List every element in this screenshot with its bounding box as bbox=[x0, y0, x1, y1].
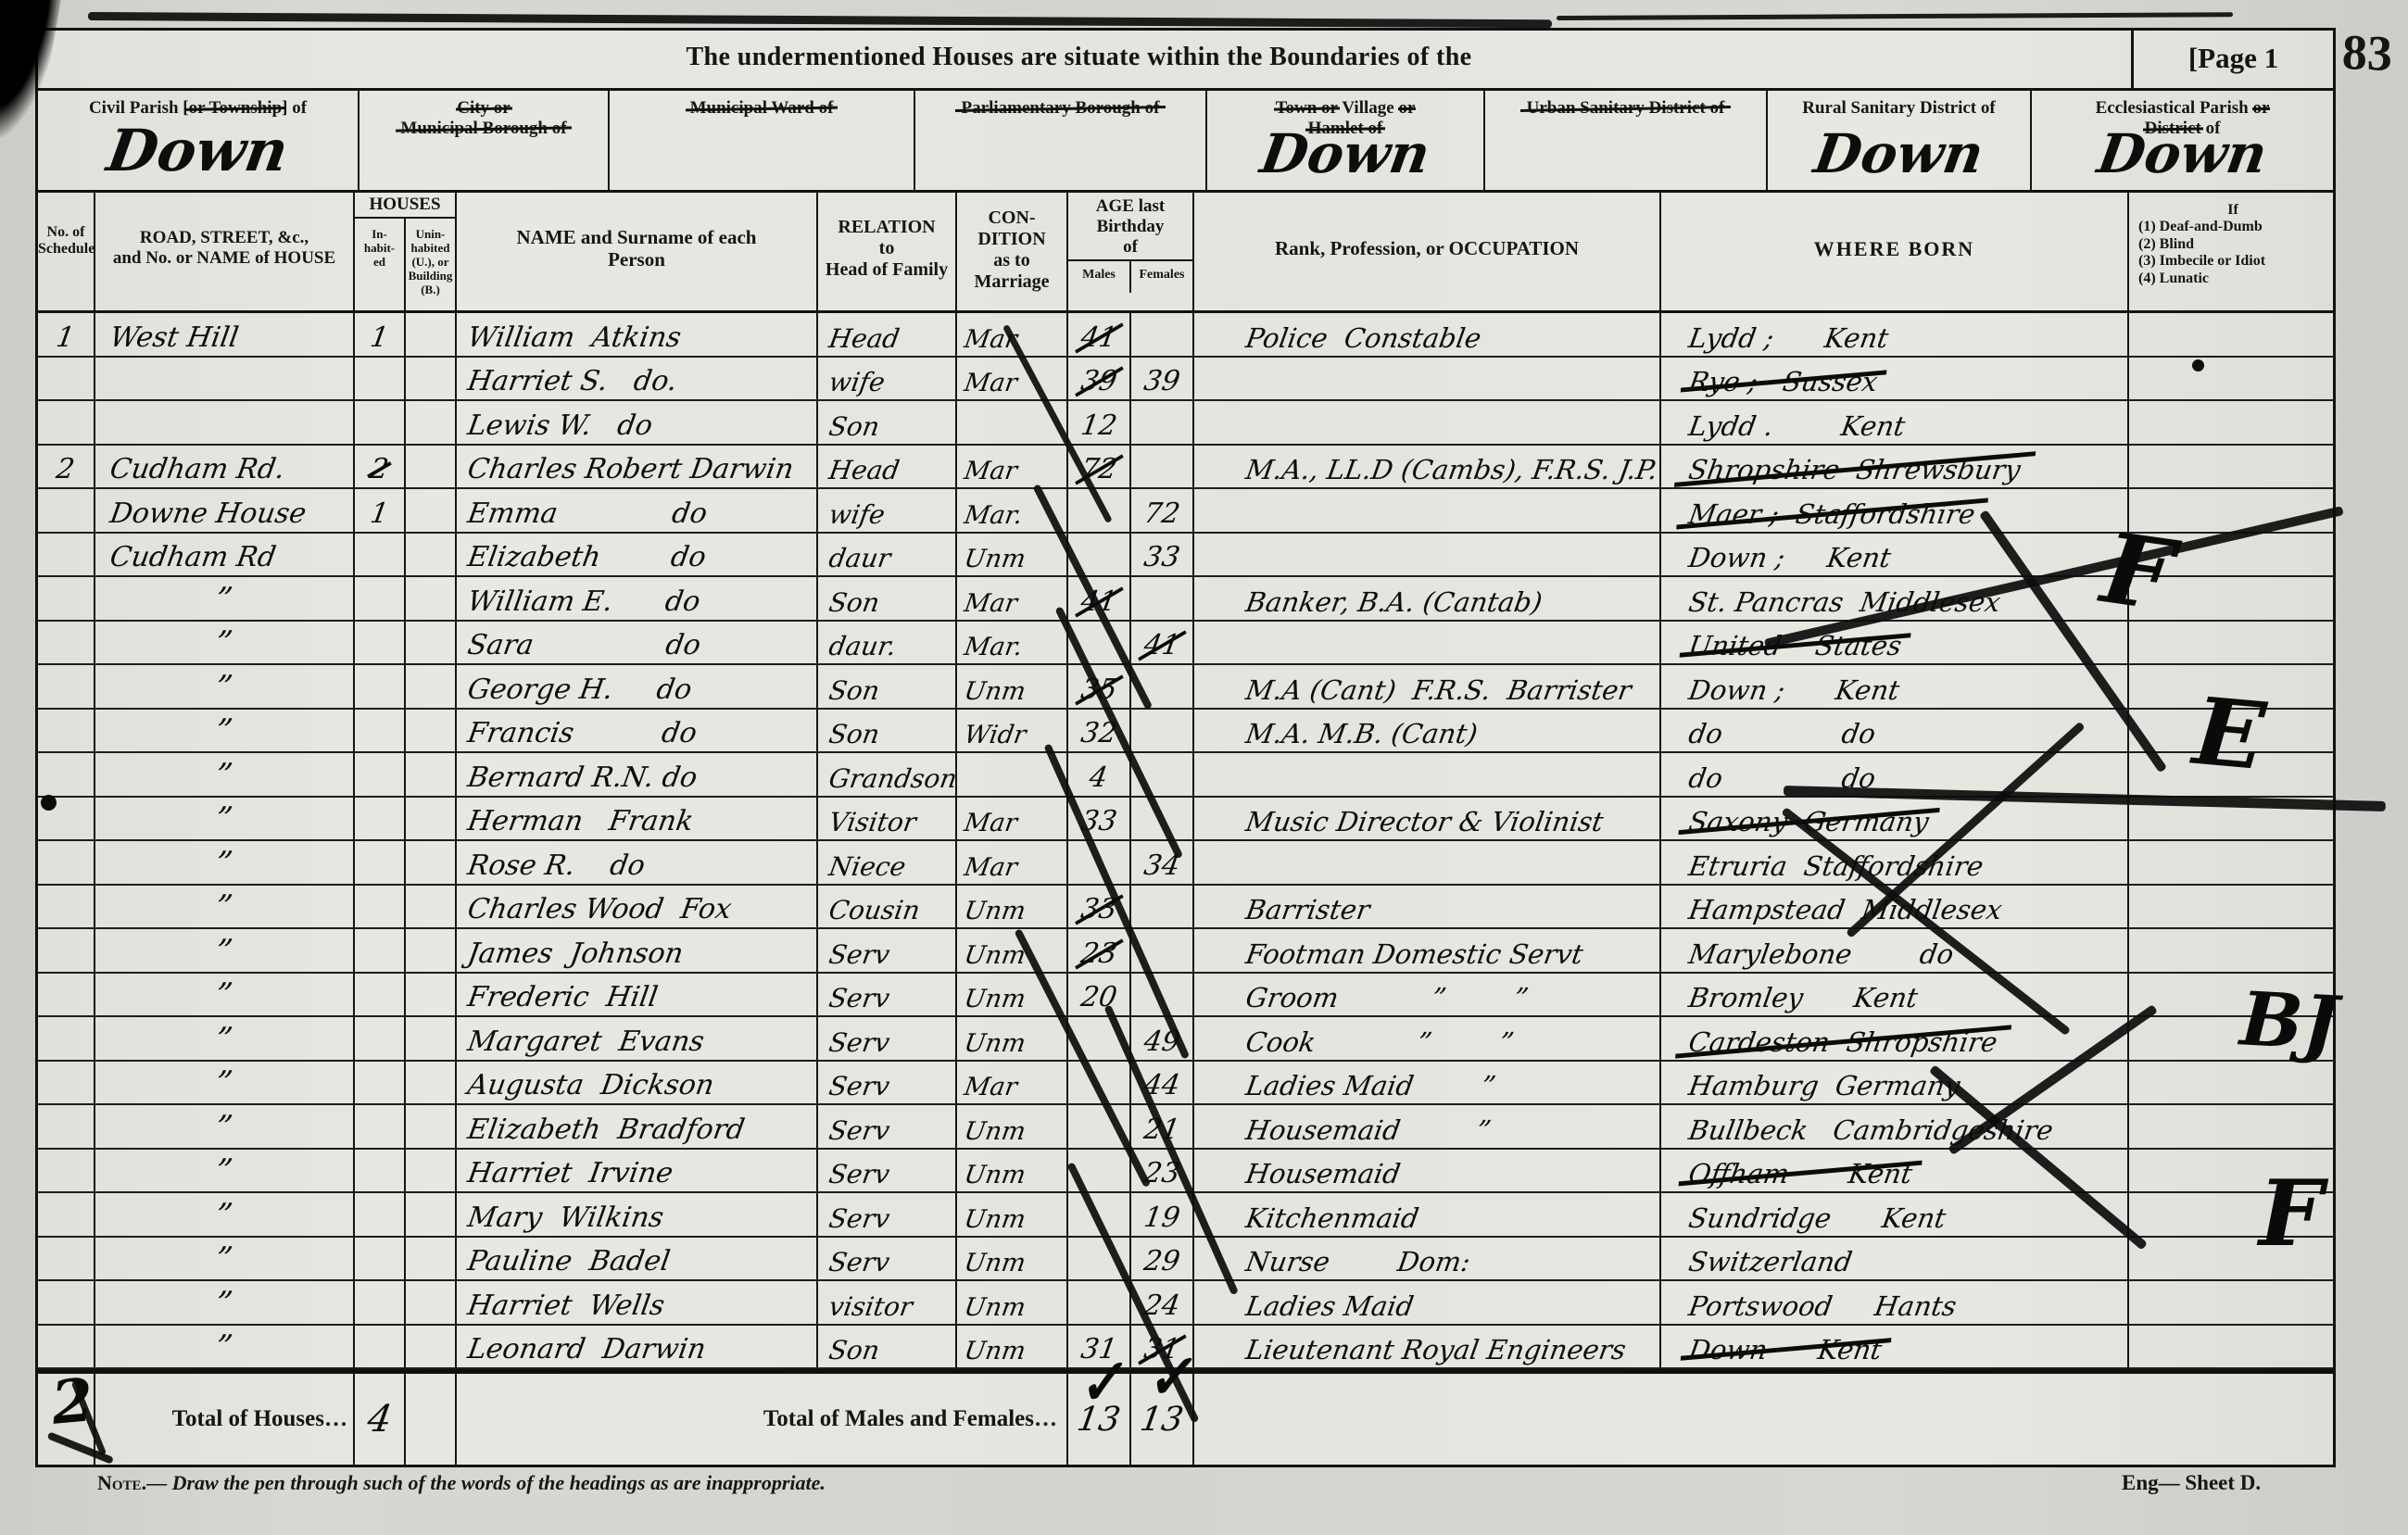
cell-person-name: Francis do bbox=[457, 710, 818, 752]
cell-relation: Serv bbox=[818, 929, 957, 972]
cell-uninhabited bbox=[406, 1105, 457, 1148]
cell-condition bbox=[957, 401, 1068, 444]
census-row: 2 Cudham Rd. 2 Charles Robert Darwin Hea… bbox=[38, 446, 2333, 490]
cell-age-female bbox=[1131, 974, 1194, 1016]
cell-age-male bbox=[1068, 1281, 1131, 1324]
cell-condition: Mar bbox=[957, 1062, 1068, 1104]
cell-inhabited bbox=[355, 1281, 406, 1324]
cell-schedule-number bbox=[38, 665, 95, 708]
cell-condition: Unm bbox=[957, 534, 1068, 576]
col-header-houses: HOUSES In-habit-ed Unin-habited(U.), orB… bbox=[355, 193, 457, 310]
cell-age-male: 39 bbox=[1068, 358, 1131, 400]
cell-where-born: Shropshire Shrewsbury bbox=[1661, 446, 2129, 488]
district-parliamentary-borough-label: Parliamentary Borough of bbox=[915, 98, 1205, 119]
census-row: ” Francis do Son Widr 32 M.A. M.B. (Cant… bbox=[38, 710, 2333, 754]
cell-age-female bbox=[1131, 798, 1194, 840]
cell-occupation: Groom ” ” bbox=[1194, 974, 1661, 1016]
cell-uninhabited bbox=[406, 841, 457, 884]
cell-uninhabited bbox=[406, 358, 457, 400]
cell-where-born: Maer ; Staffordshire bbox=[1661, 489, 2129, 532]
cell-age-male: 33 bbox=[1068, 886, 1131, 928]
cell-age-female: 49 bbox=[1131, 1017, 1194, 1060]
cell-where-born: Down ; Kent bbox=[1661, 665, 2129, 708]
col-header-name: NAME and Surname of eachPerson bbox=[457, 193, 818, 310]
cell-age-female bbox=[1131, 577, 1194, 620]
cell-road-street: ” bbox=[95, 1017, 355, 1060]
cell-road-street bbox=[95, 401, 355, 444]
cell-age-female: 29 bbox=[1131, 1238, 1194, 1280]
cell-occupation: Banker, B.A. (Cantab) bbox=[1194, 577, 1661, 620]
col-header-disability: If(1) Deaf-and-Dumb(2) Blind(3) Imbecile… bbox=[2129, 193, 2333, 310]
census-row: ” Leonard Darwin Son Unm 31 31 Lieutenan… bbox=[38, 1326, 2333, 1370]
cell-road-street: ” bbox=[95, 1193, 355, 1236]
cell-person-name: Elizabeth Bradford bbox=[457, 1105, 818, 1148]
cell-condition: Unm bbox=[957, 665, 1068, 708]
cell-person-name: Harriet Wells bbox=[457, 1281, 818, 1324]
cell-disability bbox=[2129, 1017, 2333, 1060]
cell-age-female: 72 bbox=[1131, 489, 1194, 532]
page-number-label: [Page 1 bbox=[2131, 31, 2333, 88]
cell-inhabited bbox=[355, 534, 406, 576]
cell-person-name: Mary Wilkins bbox=[457, 1193, 818, 1236]
cell-where-born: Hamburg Germany bbox=[1661, 1062, 2129, 1104]
cell-where-born: Lydd ; Kent bbox=[1661, 313, 2129, 356]
cell-condition: Unm bbox=[957, 929, 1068, 972]
cell-age-female bbox=[1131, 929, 1194, 972]
cell-age-male: 41 bbox=[1068, 313, 1131, 356]
cell-where-born: Marylebone do bbox=[1661, 929, 2129, 972]
cell-road-street: ” bbox=[95, 1281, 355, 1324]
cell-road-street bbox=[95, 358, 355, 400]
cell-disability bbox=[2129, 446, 2333, 488]
cell-road-street: ” bbox=[95, 1326, 355, 1368]
sheet-label: Eng— Sheet D. bbox=[2122, 1471, 2261, 1495]
cell-uninhabited bbox=[406, 1150, 457, 1192]
census-row: ” Mary Wilkins Serv Unm 19 Kitchenmaid S… bbox=[38, 1193, 2333, 1238]
cell-uninhabited bbox=[406, 1193, 457, 1236]
cell-inhabited bbox=[355, 358, 406, 400]
cell-road-street: ” bbox=[95, 886, 355, 928]
district-municipal-ward: Municipal Ward of bbox=[610, 91, 915, 190]
cell-disability bbox=[2129, 1062, 2333, 1104]
census-row: ” Margaret Evans Serv Unm 49 Cook ” ” Ca… bbox=[38, 1017, 2333, 1062]
cell-road-street: ” bbox=[95, 577, 355, 620]
cell-condition: Mar bbox=[957, 313, 1068, 356]
cell-relation: Son bbox=[818, 1326, 957, 1368]
cell-occupation: Barrister bbox=[1194, 886, 1661, 928]
cell-relation: Head bbox=[818, 313, 957, 356]
cell-person-name: Bernard R.N. do bbox=[457, 753, 818, 796]
cell-condition: Mar bbox=[957, 358, 1068, 400]
cell-schedule-number bbox=[38, 622, 95, 664]
cell-relation: Head bbox=[818, 446, 957, 488]
cell-disability bbox=[2129, 665, 2333, 708]
footer-note-text: Draw the pen through such of the words o… bbox=[172, 1471, 826, 1494]
census-row: ” William E. do Son Mar 41 Banker, B.A. … bbox=[38, 577, 2333, 622]
cell-disability bbox=[2129, 1150, 2333, 1192]
cell-where-born: Down Kent bbox=[1661, 1326, 2129, 1368]
cell-age-male bbox=[1068, 489, 1131, 532]
cell-relation: Serv bbox=[818, 1062, 957, 1104]
cell-age-female: 44 bbox=[1131, 1062, 1194, 1104]
cell-inhabited: 2 bbox=[355, 446, 406, 488]
census-row: Harriet S. do. wife Mar 39 39 Rye ; Suss… bbox=[38, 358, 2333, 402]
cell-uninhabited bbox=[406, 798, 457, 840]
cell-inhabited bbox=[355, 974, 406, 1016]
cell-occupation bbox=[1194, 841, 1661, 884]
cell-person-name: Charles Wood Fox bbox=[457, 886, 818, 928]
district-civil-parish: Civil Parish [or Township] of Down bbox=[38, 91, 359, 190]
cell-schedule-number bbox=[38, 1326, 95, 1368]
cell-age-male: 23 bbox=[1068, 929, 1131, 972]
cell-relation: Son bbox=[818, 401, 957, 444]
cell-uninhabited bbox=[406, 974, 457, 1016]
cell-age-female: 39 bbox=[1131, 358, 1194, 400]
cell-age-female bbox=[1131, 313, 1194, 356]
cell-where-born: Sundridge Kent bbox=[1661, 1193, 2129, 1236]
cell-uninhabited bbox=[406, 1062, 457, 1104]
cell-schedule-number bbox=[38, 753, 95, 796]
cell-disability bbox=[2129, 798, 2333, 840]
cell-inhabited bbox=[355, 1105, 406, 1148]
district-header-row: Civil Parish [or Township] of Down City … bbox=[38, 91, 2333, 193]
cell-uninhabited bbox=[406, 401, 457, 444]
cell-age-male: 72 bbox=[1068, 446, 1131, 488]
cell-road-street: ” bbox=[95, 665, 355, 708]
col-header-males: Males bbox=[1068, 261, 1131, 293]
cell-age-female: 21 bbox=[1131, 1105, 1194, 1148]
cell-uninhabited bbox=[406, 313, 457, 356]
cell-relation: Serv bbox=[818, 1105, 957, 1148]
census-row: ” Frederic Hill Serv Unm 20 Groom ” ” Br… bbox=[38, 974, 2333, 1018]
cell-schedule-number bbox=[38, 1062, 95, 1104]
cell-disability bbox=[2129, 1105, 2333, 1148]
cell-disability bbox=[2129, 358, 2333, 400]
cell-schedule-number bbox=[38, 1150, 95, 1192]
cell-uninhabited bbox=[406, 622, 457, 664]
census-row: ” Herman Frank Visitor Mar 33 Music Dire… bbox=[38, 798, 2333, 842]
cell-age-male: 12 bbox=[1068, 401, 1131, 444]
cell-age-female bbox=[1131, 665, 1194, 708]
district-parliamentary-borough: Parliamentary Borough of bbox=[915, 91, 1207, 190]
cell-condition: Unm bbox=[957, 1105, 1068, 1148]
col-header-inhabited: In-habit-ed bbox=[355, 219, 406, 310]
cell-occupation: Cook ” ” bbox=[1194, 1017, 1661, 1060]
cell-road-street: ” bbox=[95, 710, 355, 752]
cell-road-street: Downe House bbox=[95, 489, 355, 532]
district-civil-parish-value: Down bbox=[32, 117, 363, 184]
cell-road-street: West Hill bbox=[95, 313, 355, 356]
district-ecclesiastical-parish-value: Down bbox=[2027, 122, 2339, 185]
cell-relation: Son bbox=[818, 665, 957, 708]
cell-where-born: Portswood Hants bbox=[1661, 1281, 2129, 1324]
cell-uninhabited bbox=[406, 446, 457, 488]
cell-condition: Unm bbox=[957, 974, 1068, 1016]
census-row: 1 West Hill 1 William Atkins Head Mar 41… bbox=[38, 313, 2333, 358]
form-title-band: The undermentioned Houses are situate wi… bbox=[38, 31, 2333, 91]
cell-road-street: ” bbox=[95, 1105, 355, 1148]
cell-schedule-number bbox=[38, 577, 95, 620]
cell-relation: daur bbox=[818, 534, 957, 576]
cell-inhabited bbox=[355, 1193, 406, 1236]
census-row: Lewis W. do Son 12 Lydd . Kent bbox=[38, 401, 2333, 446]
cell-schedule-number bbox=[38, 401, 95, 444]
cell-relation: Niece bbox=[818, 841, 957, 884]
census-row: ” Rose R. do Niece Mar 34 Etruria Staffo… bbox=[38, 841, 2333, 886]
cell-inhabited: 1 bbox=[355, 489, 406, 532]
cell-road-street: ” bbox=[95, 1238, 355, 1280]
cell-relation: Son bbox=[818, 710, 957, 752]
census-row: Downe House 1 Emma do wife Mar. 72 Maer … bbox=[38, 489, 2333, 534]
cell-where-born: do do bbox=[1661, 710, 2129, 752]
form-title: The undermentioned Houses are situate wi… bbox=[38, 31, 2120, 88]
totals-row: Total of Houses… 4 Total of Males and Fe… bbox=[38, 1369, 2333, 1465]
cell-relation: daur. bbox=[818, 622, 957, 664]
district-rural-sanitary: Rural Sanitary District of Down bbox=[1768, 91, 2032, 190]
cell-where-born: do do bbox=[1661, 753, 2129, 796]
census-row: ” Elizabeth Bradford Serv Unm 21 Housema… bbox=[38, 1105, 2333, 1150]
cell-condition bbox=[957, 753, 1068, 796]
cell-age-female: 41 bbox=[1131, 622, 1194, 664]
cell-condition: Mar. bbox=[957, 489, 1068, 532]
cell-person-name: William E. do bbox=[457, 577, 818, 620]
cell-where-born: Offham Kent bbox=[1661, 1150, 2129, 1192]
cell-age-female: 23 bbox=[1131, 1150, 1194, 1192]
col-header-houses-label: HOUSES bbox=[355, 193, 455, 219]
cell-relation: Cousin bbox=[818, 886, 957, 928]
cell-schedule-number bbox=[38, 1281, 95, 1324]
col-header-schedule: No. ofSchedule bbox=[38, 193, 95, 310]
col-header-where-born: WHERE BORN bbox=[1661, 193, 2129, 310]
cell-occupation: Police Constable bbox=[1194, 313, 1661, 356]
cell-disability bbox=[2129, 753, 2333, 796]
cell-relation: Visitor bbox=[818, 798, 957, 840]
cell-occupation bbox=[1194, 753, 1661, 796]
cell-schedule-number: 1 bbox=[38, 313, 95, 356]
census-row: ” Pauline Badel Serv Unm 29 Nurse Dom: S… bbox=[38, 1238, 2333, 1282]
cell-schedule-number bbox=[38, 534, 95, 576]
cell-schedule-number bbox=[38, 841, 95, 884]
totals-schedule-cell bbox=[38, 1374, 95, 1465]
cell-inhabited bbox=[355, 1150, 406, 1192]
district-civil-parish-label: Civil Parish [or Township] of bbox=[38, 98, 358, 119]
cell-disability bbox=[2129, 710, 2333, 752]
cell-where-born: Lydd . Kent bbox=[1661, 401, 2129, 444]
cell-disability bbox=[2129, 313, 2333, 356]
cell-relation: Serv bbox=[818, 974, 957, 1016]
col-header-condition: CON-DITIONas toMarriage bbox=[957, 193, 1068, 310]
cell-condition: Mar bbox=[957, 841, 1068, 884]
cell-uninhabited bbox=[406, 665, 457, 708]
cell-where-born: Rye ; Sussex bbox=[1661, 358, 2129, 400]
cell-where-born: Cardeston Shropshire bbox=[1661, 1017, 2129, 1060]
cell-uninhabited bbox=[406, 577, 457, 620]
cell-schedule-number bbox=[38, 710, 95, 752]
cell-age-male bbox=[1068, 1238, 1131, 1280]
cell-condition: Unm bbox=[957, 1281, 1068, 1324]
cell-relation: wife bbox=[818, 489, 957, 532]
cell-occupation bbox=[1194, 622, 1661, 664]
cell-condition: Unm bbox=[957, 1150, 1068, 1192]
district-ecclesiastical-parish: Ecclesiastical Parish orDistrict of Down bbox=[2032, 91, 2333, 190]
census-rows: 1 West Hill 1 William Atkins Head Mar 41… bbox=[38, 313, 2333, 1369]
census-row: ” Augusta Dickson Serv Mar 44 Ladies Mai… bbox=[38, 1062, 2333, 1106]
district-town-village-value: Down bbox=[1203, 122, 1489, 185]
cell-person-name: Sara do bbox=[457, 622, 818, 664]
cell-person-name: Emma do bbox=[457, 489, 818, 532]
cell-road-street: ” bbox=[95, 1150, 355, 1192]
cell-disability bbox=[2129, 401, 2333, 444]
cell-road-street: Cudham Rd. bbox=[95, 446, 355, 488]
cell-person-name: Leonard Darwin bbox=[457, 1326, 818, 1368]
cell-inhabited bbox=[355, 753, 406, 796]
cell-person-name: Lewis W. do bbox=[457, 401, 818, 444]
cell-age-female: 33 bbox=[1131, 534, 1194, 576]
cell-road-street: ” bbox=[95, 974, 355, 1016]
district-rural-sanitary-value: Down bbox=[1763, 122, 2036, 185]
cell-occupation: Ladies Maid ” bbox=[1194, 1062, 1661, 1104]
cell-occupation: M.A (Cant) F.R.S. Barrister bbox=[1194, 665, 1661, 708]
total-houses-value: 4 bbox=[364, 1398, 395, 1441]
cell-age-male bbox=[1068, 1105, 1131, 1148]
cell-inhabited: 1 bbox=[355, 313, 406, 356]
district-municipal-borough: City orMunicipal Borough of bbox=[359, 91, 610, 190]
cell-condition: Unm bbox=[957, 1017, 1068, 1060]
census-row: ” George H. do Son Unm 35 M.A (Cant) F.R… bbox=[38, 665, 2333, 710]
cell-disability bbox=[2129, 489, 2333, 532]
cell-occupation: Lieutenant Royal Engineers bbox=[1194, 1326, 1661, 1368]
cell-inhabited bbox=[355, 710, 406, 752]
cell-occupation bbox=[1194, 534, 1661, 576]
cell-condition: Unm bbox=[957, 886, 1068, 928]
cell-uninhabited bbox=[406, 1326, 457, 1368]
census-row: ” Harriet Irvine Serv Unm 23 Housemaid O… bbox=[38, 1150, 2333, 1194]
cell-uninhabited bbox=[406, 1017, 457, 1060]
cell-age-female bbox=[1131, 886, 1194, 928]
cell-road-street: Cudham Rd bbox=[95, 534, 355, 576]
cell-person-name: Augusta Dickson bbox=[457, 1062, 818, 1104]
cell-age-female bbox=[1131, 753, 1194, 796]
cell-age-male bbox=[1068, 1150, 1131, 1192]
census-row: Cudham Rd Elizabeth do daur Unm 33 Down … bbox=[38, 534, 2333, 578]
cell-where-born: Bullbeck Cambridgeshire bbox=[1661, 1105, 2129, 1148]
cell-age-male bbox=[1068, 534, 1131, 576]
cell-schedule-number bbox=[38, 1193, 95, 1236]
cell-road-street: ” bbox=[95, 622, 355, 664]
col-header-uninhabited: Unin-habited(U.), orBuilding(B.) bbox=[406, 219, 455, 310]
census-row: ” James Johnson Serv Unm 23 Footman Dome… bbox=[38, 929, 2333, 974]
totals-uninhabited-cell bbox=[406, 1374, 457, 1465]
cell-relation: visitor bbox=[818, 1281, 957, 1324]
cell-inhabited bbox=[355, 577, 406, 620]
cell-schedule-number bbox=[38, 1017, 95, 1060]
cell-person-name: Rose R. do bbox=[457, 841, 818, 884]
cell-age-male: 20 bbox=[1068, 974, 1131, 1016]
cell-schedule-number: 2 bbox=[38, 446, 95, 488]
cell-relation: Serv bbox=[818, 1193, 957, 1236]
census-row: ” Bernard R.N. do Grandson 4 do do bbox=[38, 753, 2333, 798]
cell-age-male: 35 bbox=[1068, 665, 1131, 708]
cell-road-street: ” bbox=[95, 798, 355, 840]
col-header-age-label: AGE lastBirthdayof bbox=[1068, 193, 1192, 259]
cell-disability bbox=[2129, 534, 2333, 576]
cell-where-born: Hampstead Middlesex bbox=[1661, 886, 2129, 928]
cell-age-male bbox=[1068, 1193, 1131, 1236]
district-rural-sanitary-label: Rural Sanitary District of bbox=[1768, 98, 2030, 119]
cell-inhabited bbox=[355, 1326, 406, 1368]
cell-person-name: Charles Robert Darwin bbox=[457, 446, 818, 488]
cell-relation: wife bbox=[818, 358, 957, 400]
cell-schedule-number bbox=[38, 886, 95, 928]
cell-age-male bbox=[1068, 1062, 1131, 1104]
census-row: ” Harriet Wells visitor Unm 24 Ladies Ma… bbox=[38, 1281, 2333, 1326]
cell-inhabited bbox=[355, 1062, 406, 1104]
cell-age-female bbox=[1131, 401, 1194, 444]
footer-note: Note.— Draw the pen through such of the … bbox=[97, 1471, 826, 1495]
cell-condition: Mar bbox=[957, 798, 1068, 840]
total-females-value: 13 bbox=[1138, 1401, 1186, 1439]
cell-age-male bbox=[1068, 1017, 1131, 1060]
district-urban-sanitary: Urban Sanitary District of bbox=[1485, 91, 1768, 190]
total-houses-label: Total of Houses… bbox=[95, 1374, 355, 1465]
cell-inhabited bbox=[355, 798, 406, 840]
cell-uninhabited bbox=[406, 489, 457, 532]
cell-road-street: ” bbox=[95, 753, 355, 796]
cell-person-name: Harriet S. do. bbox=[457, 358, 818, 400]
cell-occupation: Housemaid bbox=[1194, 1150, 1661, 1192]
census-row: ” Sara do daur. Mar. 41 United States bbox=[38, 622, 2333, 666]
cell-occupation bbox=[1194, 489, 1661, 532]
cell-age-female: 24 bbox=[1131, 1281, 1194, 1324]
pen-mark bbox=[1557, 12, 2233, 20]
col-header-age: AGE lastBirthdayof Males Females bbox=[1068, 193, 1194, 310]
cell-occupation: M.A. M.B. (Cant) bbox=[1194, 710, 1661, 752]
folio-number: 83 bbox=[2341, 23, 2393, 82]
cell-person-name: Frederic Hill bbox=[457, 974, 818, 1016]
cell-inhabited bbox=[355, 841, 406, 884]
cell-disability bbox=[2129, 577, 2333, 620]
cell-relation: Serv bbox=[818, 1017, 957, 1060]
cell-where-born: Etruria Staffordshire bbox=[1661, 841, 2129, 884]
cell-disability bbox=[2129, 974, 2333, 1016]
cell-uninhabited bbox=[406, 1238, 457, 1280]
cell-where-born: Switzerland bbox=[1661, 1238, 2129, 1280]
census-row: ” Charles Wood Fox Cousin Unm 33 Barrist… bbox=[38, 886, 2333, 930]
cell-where-born: Bromley Kent bbox=[1661, 974, 2129, 1016]
cell-person-name: Margaret Evans bbox=[457, 1017, 818, 1060]
cell-condition: Mar. bbox=[957, 622, 1068, 664]
cell-occupation: M.A., LL.D (Cambs), F.R.S. J.P. bbox=[1194, 446, 1661, 488]
totals-right-cell bbox=[1194, 1374, 2333, 1465]
col-header-occupation: Rank, Profession, or OCCUPATION bbox=[1194, 193, 1661, 310]
cell-person-name: Pauline Badel bbox=[457, 1238, 818, 1280]
cell-age-male bbox=[1068, 622, 1131, 664]
census-form: The undermentioned Houses are situate wi… bbox=[35, 28, 2336, 1467]
cell-disability bbox=[2129, 886, 2333, 928]
district-municipal-borough-label: City orMunicipal Borough of bbox=[359, 98, 608, 139]
col-header-females: Females bbox=[1131, 261, 1192, 293]
cell-inhabited bbox=[355, 665, 406, 708]
cell-disability bbox=[2129, 1326, 2333, 1368]
cell-schedule-number bbox=[38, 1105, 95, 1148]
cell-disability bbox=[2129, 1238, 2333, 1280]
cell-uninhabited bbox=[406, 886, 457, 928]
cell-where-born: St. Pancras Middlesex bbox=[1661, 577, 2129, 620]
cell-occupation bbox=[1194, 401, 1661, 444]
cell-schedule-number bbox=[38, 974, 95, 1016]
cell-age-male: 31 bbox=[1068, 1326, 1131, 1368]
cell-disability bbox=[2129, 929, 2333, 972]
